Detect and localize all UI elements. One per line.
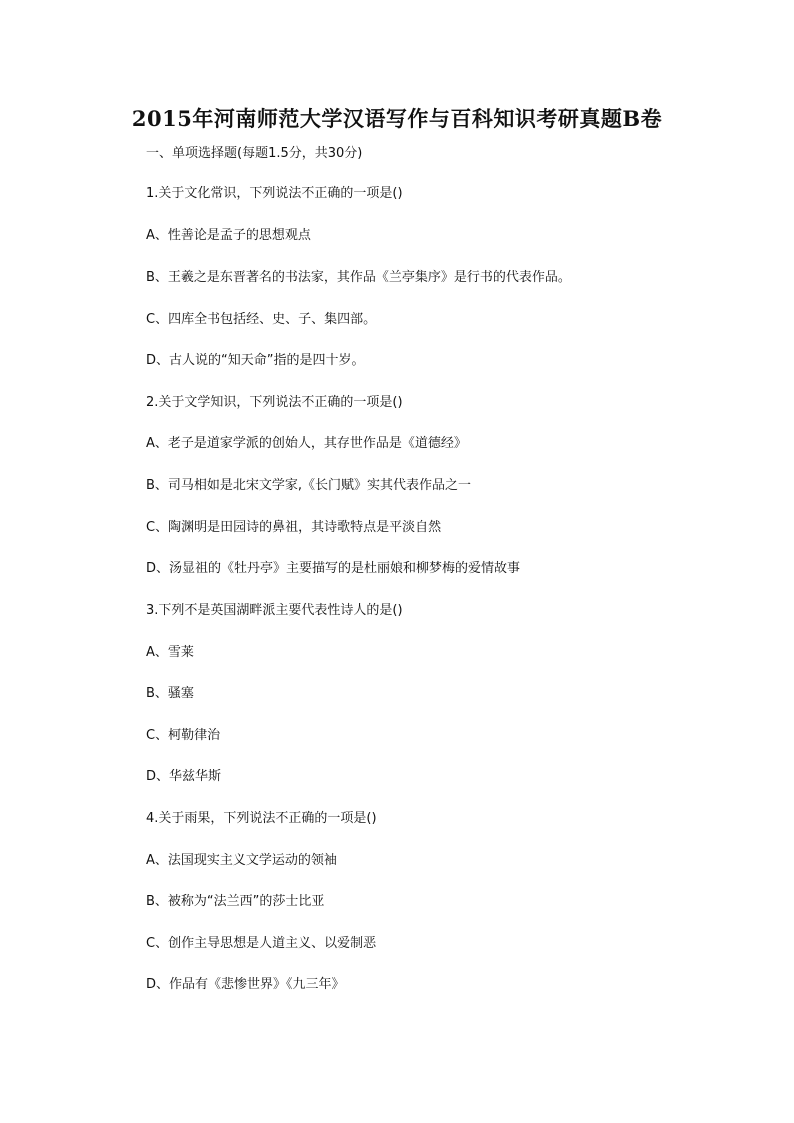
- question-option: A、法国现实主义文学运动的领袖: [146, 849, 337, 868]
- question-stem: 1.关于文化常识，下列说法不正确的一项是(): [146, 182, 403, 201]
- question-option: A、性善论是孟子的思想观点: [146, 224, 311, 243]
- document-title: 2015年河南师范大学汉语写作与百科知识考研真题B卷: [0, 103, 794, 133]
- question-option: B、骚塞: [146, 682, 194, 701]
- question-stem: 3.下列不是英国湖畔派主要代表性诗人的是(): [146, 599, 403, 618]
- question-option: D、华兹华斯: [146, 765, 221, 784]
- question-option: A、老子是道家学派的创始人，其存世作品是《道德经》: [146, 432, 467, 451]
- question-stem: 2.关于文学知识，下列说法不正确的一项是(): [146, 391, 403, 410]
- question-option: B、被称为“法兰西”的莎士比亚: [146, 890, 324, 909]
- question-option: C、陶渊明是田园诗的鼻祖，其诗歌特点是平淡自然: [146, 516, 441, 535]
- question-option: B、王羲之是东晋著名的书法家，其作品《兰亭集序》是行书的代表作品。: [146, 266, 571, 285]
- question-option: B、司马相如是北宋文学家,《长门赋》实其代表作品之一: [146, 474, 471, 493]
- question-option: C、柯勒律治: [146, 724, 220, 743]
- question-option: D、汤显祖的《牡丹亭》主要描写的是杜丽娘和柳梦梅的爱情故事: [146, 557, 520, 576]
- question-option: A、雪莱: [146, 641, 194, 660]
- question-stem: 4.关于雨果，下列说法不正确的一项是(): [146, 807, 377, 826]
- question-option: C、四库全书包括经、史、子、集四部。: [146, 308, 376, 327]
- question-option: D、古人说的“知天命”指的是四十岁。: [146, 349, 364, 368]
- question-option: C、创作主导思想是人道主义、以爱制恶: [146, 932, 376, 951]
- question-option: D、作品有《悲惨世界》《九三年》: [146, 973, 345, 992]
- section-heading: 一、单项选择题(每题1.5分，共30分): [146, 142, 362, 161]
